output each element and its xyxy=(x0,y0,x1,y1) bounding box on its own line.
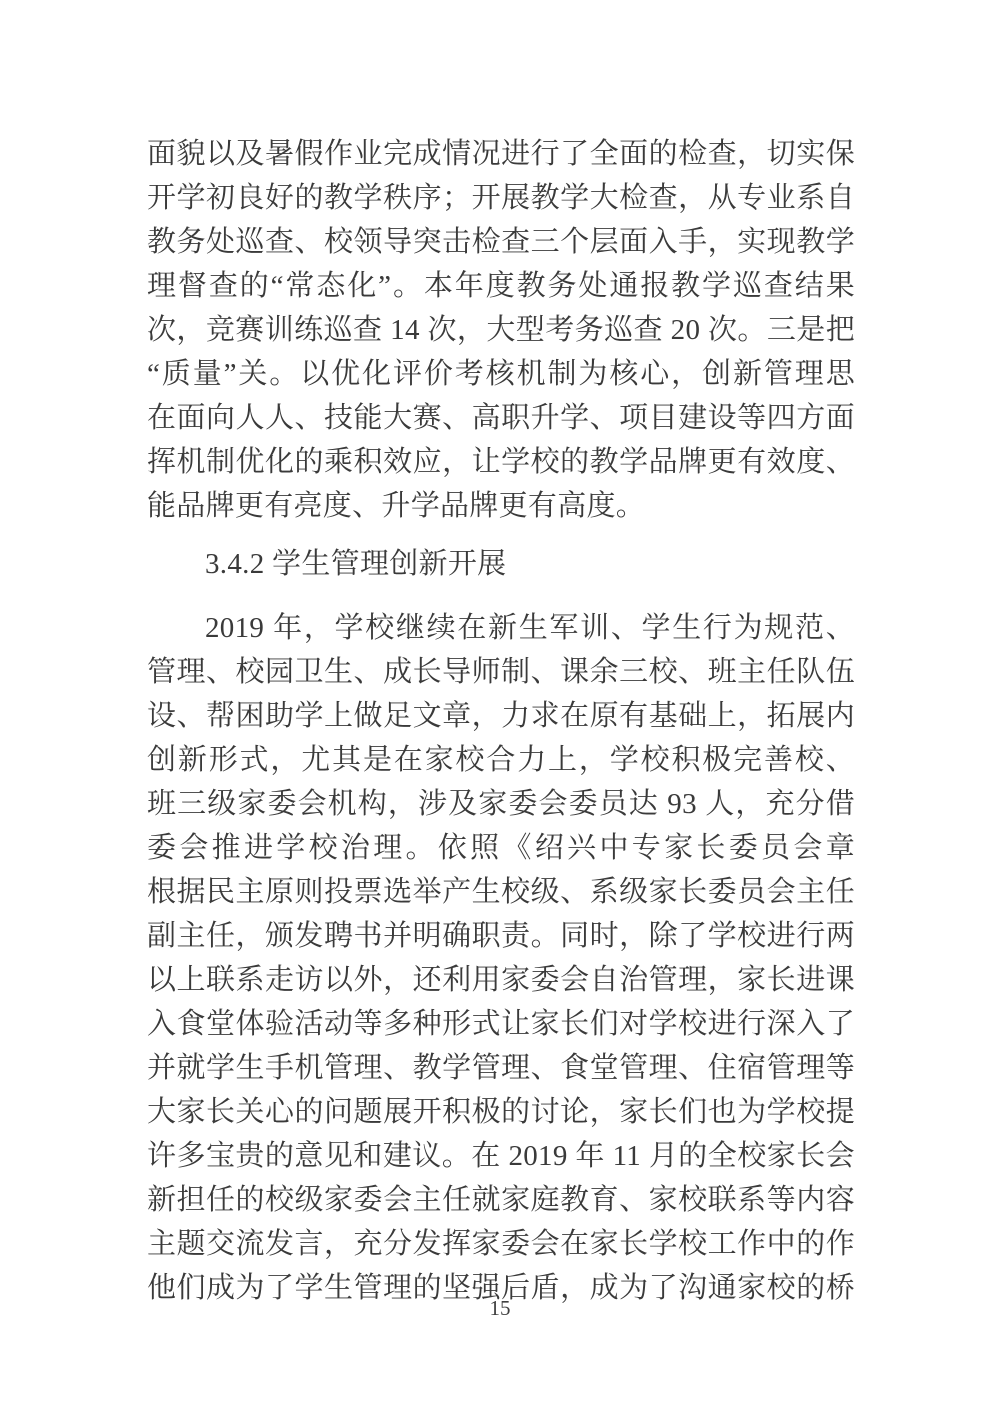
text-line: 许多宝贵的意见和建议。在 2019 年 11 月的全校家长会中， xyxy=(147,1134,855,1178)
text-line: 副主任，颁发聘书并明确职责。同时，除了学校进行两轮 xyxy=(147,914,855,958)
paragraph-student-management-2019: 2019 年，学校继续在新生军训、学生行为规范、住宿管理、校园卫生、成长导师制、… xyxy=(147,606,855,1310)
text-line: 教务处巡查、校领导突击检查三个层面入手，实现教学管 xyxy=(147,220,855,264)
text-line: 班三级家委会机构，涉及家委会委员达 93 人，充分借助家 xyxy=(147,782,855,826)
text-line: 新担任的校级家委会主任就家庭教育、家校联系等内容作 xyxy=(147,1178,855,1222)
text-line: 能品牌更有亮度、升学品牌更有高度。 xyxy=(147,484,855,528)
text-line: 次，竞赛训练巡查 14 次，大型考务巡查 20 次。三是把好 xyxy=(147,308,855,352)
text-line: “质量”关。以优化评价考核机制为核心，创新管理思路， xyxy=(147,352,855,396)
text-line: 创新形式，尤其是在家校合力上，学校积极完善校、系、 xyxy=(147,738,855,782)
text-line: 在面向人人、技能大赛、高职升学、项目建设等四方面发 xyxy=(147,396,855,440)
document-page: 面貌以及暑假作业完成情况进行了全面的检查，切实保障开学初良好的教学秩序；开展教学… xyxy=(0,0,1000,1414)
page-number: 15 xyxy=(0,1296,1000,1321)
text-line: 挥机制优化的乘积效应，让学校的教学品牌更有效度、技 xyxy=(147,440,855,484)
text-line: 入食堂体验活动等多种形式让家长们对学校进行深入了解， xyxy=(147,1002,855,1046)
text-line: 并就学生手机管理、教学管理、食堂管理、住宿管理等广 xyxy=(147,1046,855,1090)
text-line: 理督查的“常态化”。本年度教务处通报教学巡查结果 22 xyxy=(147,264,855,308)
text-line: 主题交流发言，充分发挥家委会在家长学校工作中的作用， xyxy=(147,1222,855,1266)
text-line: 面貌以及暑假作业完成情况进行了全面的检查，切实保障 xyxy=(147,132,855,176)
text-line: 2019 年，学校继续在新生军训、学生行为规范、住宿 xyxy=(147,606,855,650)
text-line: 设、帮困助学上做足文章，力求在原有基础上，拓展内容、 xyxy=(147,694,855,738)
section-heading-3-4-2: 3.4.2 学生管理创新开展 xyxy=(147,542,855,586)
text-line: 管理、校园卫生、成长导师制、课余三校、班主任队伍建 xyxy=(147,650,855,694)
text-line: 以上联系走访以外，还利用家委会自治管理，家长进课堂、 xyxy=(147,958,855,1002)
text-line: 根据民主原则投票选举产生校级、系级家长委员会主任与 xyxy=(147,870,855,914)
text-line: 大家长关心的问题展开积极的讨论，家长们也为学校提出 xyxy=(147,1090,855,1134)
text-line: 开学初良好的教学秩序；开展教学大检查，从专业系自查、 xyxy=(147,176,855,220)
text-line: 委会推进学校治理。依照《绍兴中专家长委员会章程》， xyxy=(147,826,855,870)
paragraph-teaching-quality-management: 面貌以及暑假作业完成情况进行了全面的检查，切实保障开学初良好的教学秩序；开展教学… xyxy=(147,132,855,528)
